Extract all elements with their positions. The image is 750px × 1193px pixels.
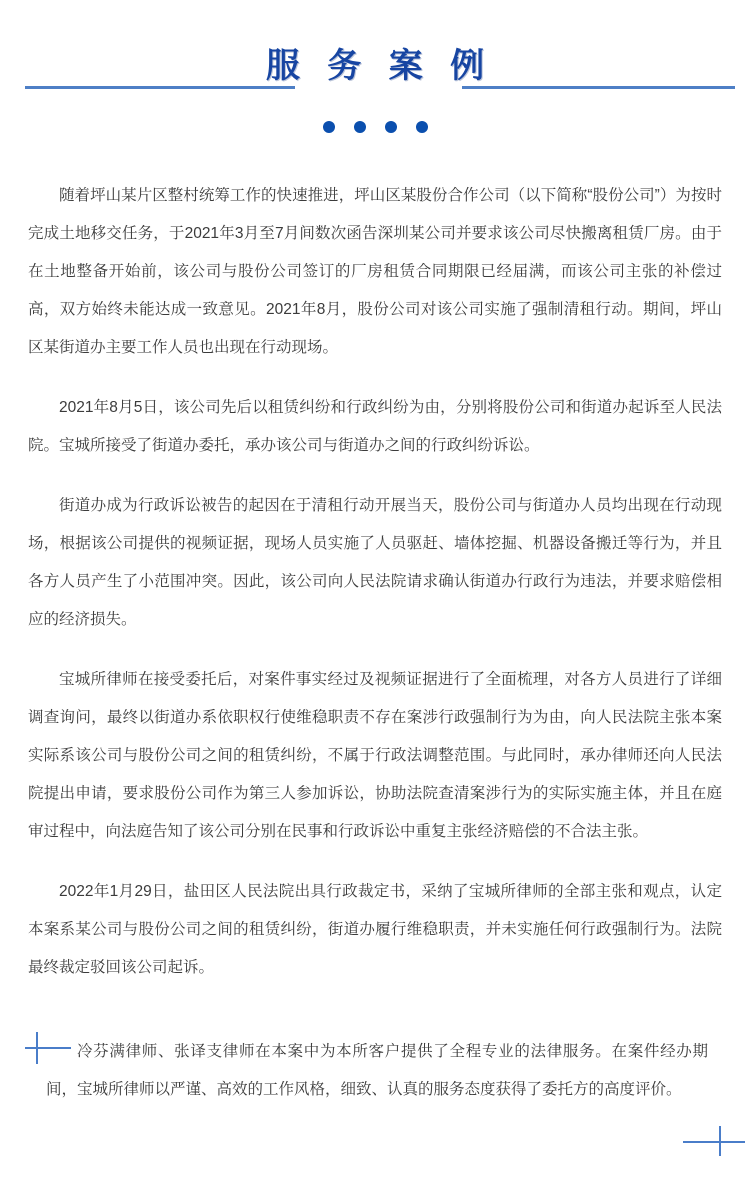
service-case-page: 服 务 案 例 随着坪山某片区整村统筹工作的快速推进，坪山区某股份合作公司（以下… [0, 0, 750, 1193]
article-body: 随着坪山某片区整村统筹工作的快速推进，坪山区某股份合作公司（以下简称“股份公司”… [0, 133, 750, 1109]
dot-icon [385, 121, 397, 133]
closing-paragraph: 冷芬满律师、张译支律师在本案中为本所客户提供了全程专业的法律服务。在案件经办期间… [46, 1033, 708, 1109]
paragraph-4: 宝城所律师在接受委托后，对案件事实经过及视频证据进行了全面梳理，对各方人员进行了… [28, 661, 722, 851]
header-divider-left [25, 86, 295, 89]
paragraph-5: 2022年1月29日，盐田区人民法院出具行政裁定书，采纳了宝城所律师的全部主张和… [28, 873, 722, 987]
paragraph-1: 随着坪山某片区整村统筹工作的快速推进，坪山区某股份合作公司（以下简称“股份公司”… [28, 177, 722, 367]
closing-section: 冷芬满律师、张译支律师在本案中为本所客户提供了全程专业的法律服务。在案件经办期间… [28, 1033, 722, 1109]
paragraph-2: 2021年8月5日，该公司先后以租赁纠纷和行政纠纷为由，分别将股份公司和街道办起… [28, 389, 722, 465]
crosshair-left-icon [25, 1032, 71, 1064]
dot-icon [416, 121, 428, 133]
crosshair-right-icon [683, 1126, 745, 1156]
paragraph-3: 街道办成为行政诉讼被告的起因在于清租行动开展当天，股份公司与街道办人员均出现在行… [28, 487, 722, 639]
page-header: 服 务 案 例 [0, 0, 750, 118]
header-dots [0, 121, 750, 133]
dot-icon [354, 121, 366, 133]
dot-icon [323, 121, 335, 133]
page-title: 服 务 案 例 [0, 48, 750, 85]
header-divider-right [462, 86, 735, 89]
